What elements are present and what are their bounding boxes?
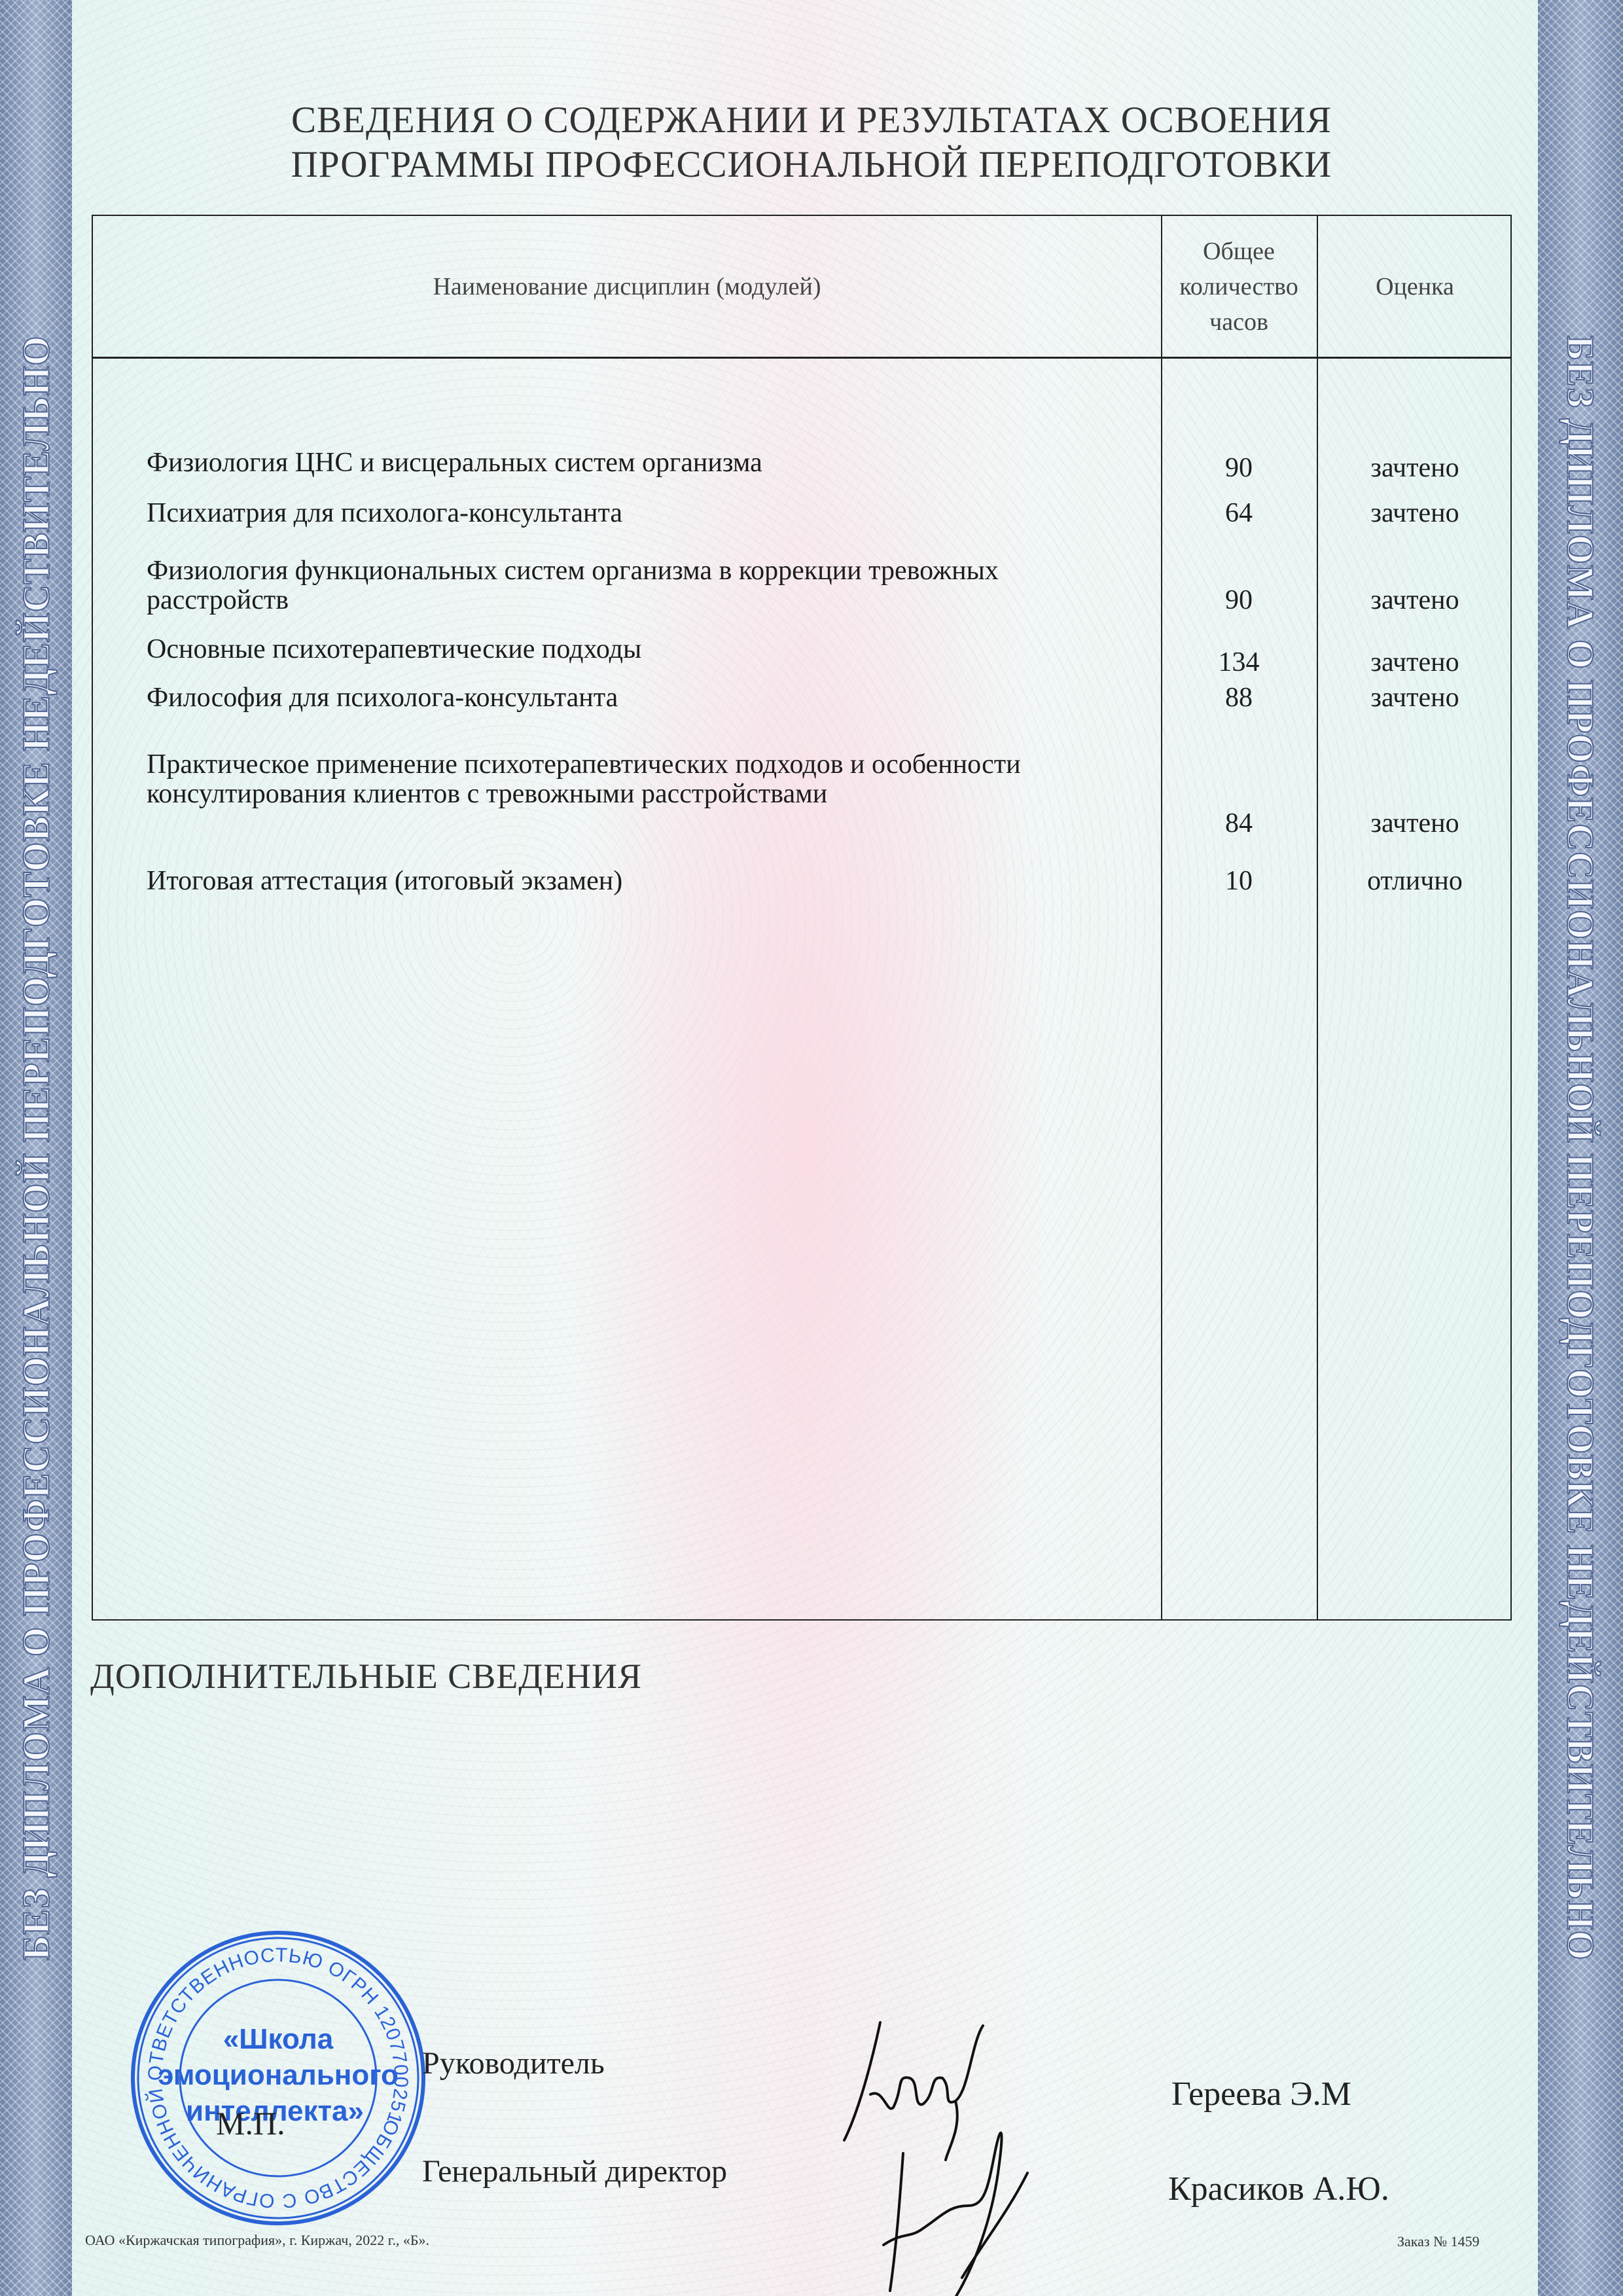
discipline-grade: зачтено: [1317, 586, 1513, 615]
discipline-hours: 134: [1161, 648, 1317, 677]
discipline-name: Итоговая аттестация (итоговый экзамен): [147, 867, 1128, 896]
column-divider: [1317, 216, 1318, 1619]
discipline-grade: отлично: [1317, 867, 1513, 896]
border-warning-text: БЕЗ ДИПЛОМА О ПРОФЕССИОНАЛЬНОЙ ПЕРЕПОДГО…: [1559, 336, 1603, 1961]
discipline-name: Физиология функциональных систем организ…: [147, 556, 1128, 615]
stamp-center-text: эмоционального: [158, 2059, 399, 2091]
stamp-center-text: «Школа: [223, 2023, 334, 2055]
header-total-hours: Общее количество часов: [1161, 216, 1317, 357]
discipline-grade: зачтено: [1317, 683, 1513, 713]
discipline-name: Основные психотерапевтические подходы: [147, 635, 1128, 664]
disciplines-table: Наименование дисциплин (модулей) Общее к…: [92, 215, 1512, 1621]
column-divider: [1161, 216, 1162, 1619]
discipline-name: Практическое применение психотерапевтиче…: [147, 750, 1128, 809]
head-name: Гереева Э.М: [1171, 2075, 1351, 2113]
header-hours-line: Общее: [1179, 234, 1298, 269]
discipline-grade: зачтено: [1317, 499, 1513, 528]
discipline-grade: зачтено: [1317, 809, 1513, 838]
header-hours-line: часов: [1179, 304, 1298, 340]
seal-place-label: М.П.: [216, 2104, 285, 2142]
director-label: Генеральный директор: [422, 2153, 727, 2189]
director-name: Красиков А.Ю.: [1168, 2170, 1389, 2208]
discipline-grade: зачтено: [1317, 454, 1513, 483]
discipline-name: Психиатрия для психолога-консультанта: [147, 499, 1128, 528]
border-warning-text: БЕЗ ДИПЛОМА О ПРОФЕССИОНАЛЬНОЙ ПЕРЕПОДГО…: [14, 336, 58, 1961]
organization-stamp: ОБЩЕСТВО С ОГРАНИЧЕННОЙ ОТВЕТСТВЕННОСТЬЮ…: [128, 1928, 429, 2229]
discipline-hours: 84: [1161, 809, 1317, 838]
header-grade: Оценка: [1317, 216, 1513, 357]
security-border-right: БЕЗ ДИПЛОМА О ПРОФЕССИОНАЛЬНОЙ ПЕРЕПОДГО…: [1538, 0, 1623, 2296]
discipline-hours: 88: [1161, 683, 1317, 713]
discipline-hours: 90: [1161, 454, 1317, 483]
header-divider: [93, 357, 1510, 359]
discipline-grade: зачтено: [1317, 648, 1513, 677]
title-line-1: СВЕДЕНИЯ О СОДЕРЖАНИИ И РЕЗУЛЬТАТАХ ОСВО…: [196, 98, 1427, 143]
title-line-2: ПРОГРАММЫ ПРОФЕССИОНАЛЬНОЙ ПЕРЕПОДГОТОВК…: [196, 143, 1427, 187]
discipline-hours: 90: [1161, 586, 1317, 615]
head-label: Руководитель: [422, 2045, 605, 2081]
discipline-hours: 10: [1161, 867, 1317, 896]
discipline-name: Физиология ЦНС и висцеральных систем орг…: [147, 448, 1128, 478]
security-border-left: БЕЗ ДИПЛОМА О ПРОФЕССИОНАЛЬНОЙ ПЕРЕПОДГО…: [0, 0, 72, 2296]
printer-info: ОАО «Киржачская типография», г. Киржач, …: [85, 2232, 429, 2249]
order-number: Заказ № 1459: [1397, 2233, 1480, 2250]
page-title: СВЕДЕНИЯ О СОДЕРЖАНИИ И РЕЗУЛЬТАТАХ ОСВО…: [196, 98, 1427, 187]
header-discipline-name: Наименование дисциплин (модулей): [93, 216, 1161, 357]
discipline-name: Философия для психолога-консультанта: [147, 683, 1128, 713]
header-hours-line: количество: [1179, 269, 1298, 304]
additional-info-title: ДОПОЛНИТЕЛЬНЫЕ СВЕДЕНИЯ: [90, 1656, 642, 1696]
director-signature: [864, 2114, 1041, 2296]
discipline-hours: 64: [1161, 499, 1317, 528]
